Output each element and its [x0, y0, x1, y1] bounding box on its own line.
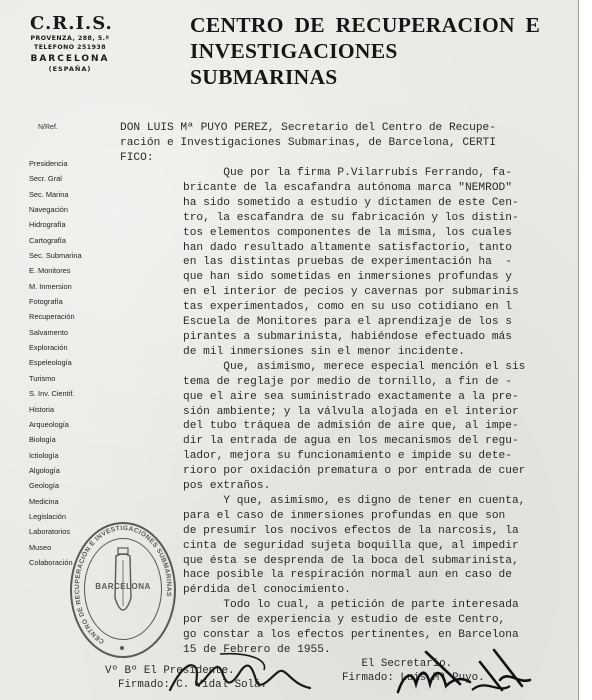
typed-line: dir la entrada de agua en los mecanismos… [183, 434, 525, 449]
department-item: Exploración [29, 340, 104, 355]
typed-line: tos elementos componentes de la misma, l… [183, 226, 525, 241]
department-item: Secr. Gral [29, 171, 104, 186]
organization-abbreviation: C.R.I.S. [30, 14, 110, 34]
department-item: E. Monitores [29, 263, 104, 278]
department-item: Algología [29, 463, 104, 478]
typed-line: DON LUIS Mª PUYO PEREZ, Secretario del C… [120, 121, 496, 136]
country-line: (ESPAÑA) [30, 65, 110, 74]
department-item: Cartografía [29, 233, 104, 248]
department-item: Salvamento [29, 325, 104, 340]
typed-line: ha sido sometido a estudio y dictamen de… [183, 196, 525, 211]
department-item: Medicina [29, 494, 104, 509]
typed-line: Y que, asimismo, es digno de tener en cu… [183, 494, 525, 509]
department-item: Presidencia [29, 156, 104, 171]
typed-line: hace posible la respiración normal aun e… [183, 568, 525, 583]
department-item: Fotografía [29, 294, 104, 309]
typed-line: Todo lo cual, a petición de parte intere… [183, 598, 525, 613]
department-item: Historia [29, 402, 104, 417]
letterhead-logo-block: C.R.I.S. PROVENZA, 288, 5.º TELEFONO 251… [30, 14, 110, 74]
typed-line: de presumir los nocivos efectos de la na… [183, 524, 525, 539]
typed-line: tema de reglaje por medio de tornillo, a… [183, 375, 525, 390]
department-item: Sec. Submarina [29, 248, 104, 263]
typed-line: pos extraños. [183, 479, 525, 494]
typed-line: tro, la escafandra de su fabricación y l… [183, 211, 525, 226]
typed-line: que han sido sometidas en inmersiones pr… [183, 270, 525, 285]
typed-line: que el aire sea suministrado exactamente… [183, 390, 525, 405]
typed-line: FICO: [120, 151, 496, 166]
department-item: Biología [29, 432, 104, 447]
typed-line: pérdida del conocimiento. [183, 583, 525, 598]
typed-line: de mil inmersiones sin el menor incident… [183, 345, 525, 360]
typed-line: pirantes a submarinista, habiéndose efec… [183, 330, 525, 345]
typed-line: que ésta se desprenda de la boca del sub… [183, 554, 525, 569]
city-line: BARCELONA [30, 53, 110, 65]
typed-line: Que por la firma P.Vilarrubís Ferrando, … [183, 166, 525, 181]
department-item: Sec. Marina [29, 187, 104, 202]
typed-line: en el interior de pecios y cavernas por … [183, 285, 525, 300]
typed-line: han dado resultado altamente satisfactor… [183, 241, 525, 256]
title-line-1: CENTRO DE RECUPERACION E [190, 12, 550, 38]
official-stamp: CENTRO DE RECUPERACIÓN E INVESTIGACIONES… [70, 522, 176, 658]
typed-line: cinta de seguridad sujeta boquilla que, … [183, 539, 525, 554]
typed-line: rioro por oxidación prematura o por entr… [183, 464, 525, 479]
stamp-city: BARCELONA [86, 582, 160, 591]
letter-page: C.R.I.S. PROVENZA, 288, 5.º TELEFONO 251… [0, 0, 579, 700]
department-item: M. Inmersion [29, 279, 104, 294]
president-signature-icon [160, 650, 320, 700]
certificate-body: Que por la firma P.Vilarrubís Ferrando, … [183, 166, 525, 658]
typed-line: por ser de experiencia y estudio de este… [183, 613, 525, 628]
secretary-signature-icon [390, 640, 540, 700]
typed-line: sión ambiente; y la válvula alojada en e… [183, 405, 525, 420]
address-line: PROVENZA, 288, 5.º [30, 34, 110, 43]
department-item: Hidrografía [29, 217, 104, 232]
certificate-intro: DON LUIS Mª PUYO PEREZ, Secretario del C… [120, 121, 496, 166]
department-item: Espeleología [29, 355, 104, 370]
typed-line: para el caso de inmersiones profundas en… [183, 509, 525, 524]
typed-line: ración e Investigaciones Submarinas, de … [120, 136, 496, 151]
department-item: Navegación [29, 202, 104, 217]
stamp-dot [120, 646, 124, 650]
letterhead-title: CENTRO DE RECUPERACION E INVESTIGACIONES… [190, 12, 550, 90]
typed-line: del tubo tráquea de admisión de aire que… [183, 419, 525, 434]
typed-line: bricante de la escafandra autónoma marca… [183, 181, 525, 196]
title-line-2: INVESTIGACIONES SUBMARINAS [190, 38, 550, 90]
department-list: PresidenciaSecr. GralSec. MarinaNavegaci… [29, 156, 104, 570]
department-item: S. Inv. Cientif. [29, 386, 104, 401]
typed-line: tas experimentados, como en su uso cotid… [183, 300, 525, 315]
phone-line: TELEFONO 251938 [30, 43, 110, 52]
department-item: Ictiología [29, 448, 104, 463]
typed-line: Que, asimismo, merece especial mención e… [183, 360, 525, 375]
typed-line: Escuela de Monitores para el aprendizaje… [183, 315, 525, 330]
typed-line: lador, mejora su funcionamiento e impide… [183, 449, 525, 464]
department-item: Arqueología [29, 417, 104, 432]
reference-label: N/Ref. [38, 124, 58, 131]
department-item: Legislación [29, 509, 104, 524]
typed-line: en las distintas pruebas de experimentac… [183, 255, 525, 270]
department-item: Geología [29, 478, 104, 493]
department-item: Recuperación [29, 309, 104, 324]
department-item: Turismo [29, 371, 104, 386]
